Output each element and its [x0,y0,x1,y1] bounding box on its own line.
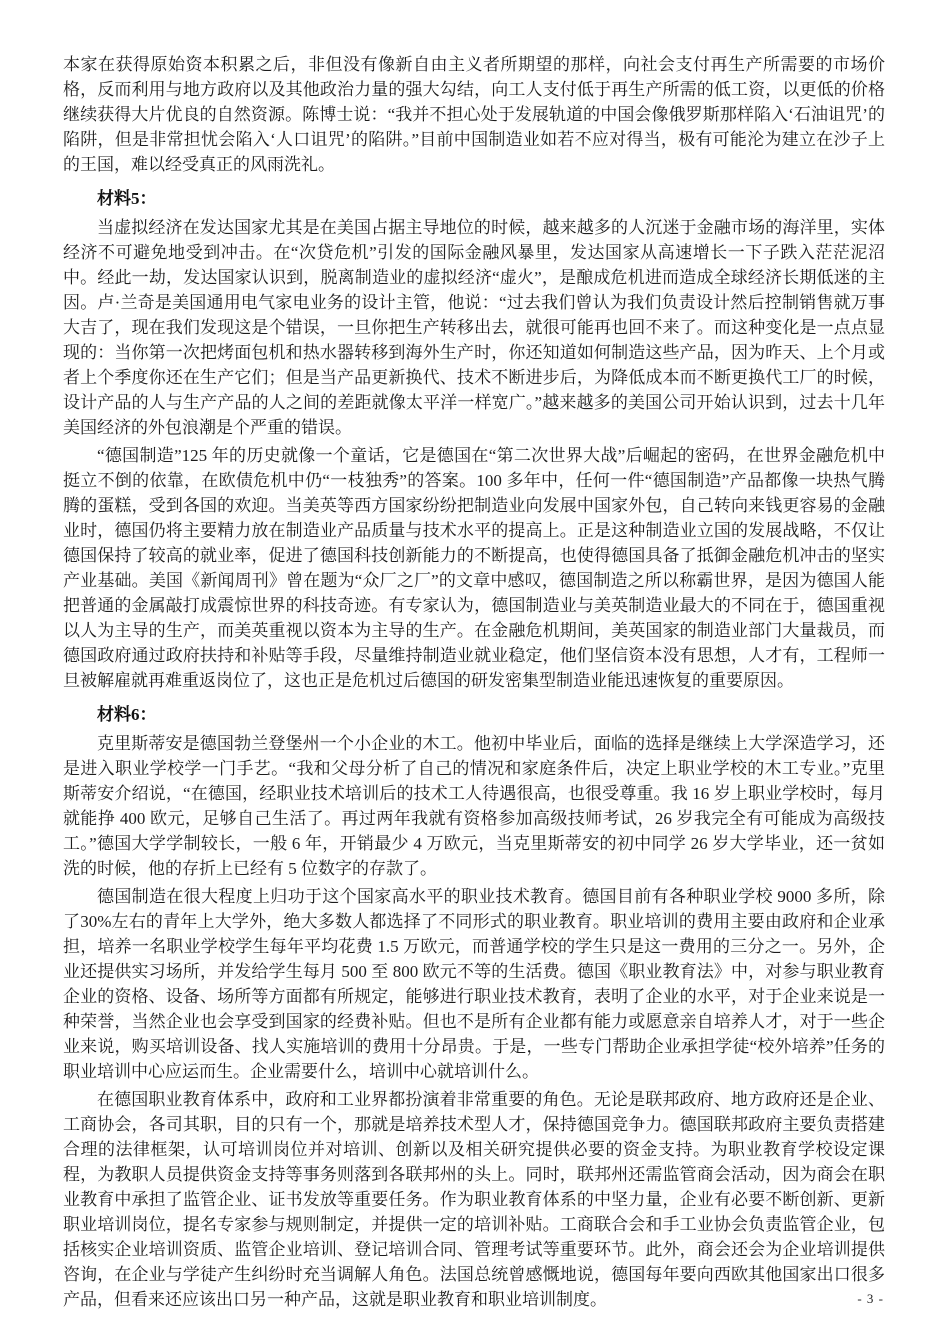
material-heading: 材料5： [63,186,885,211]
document-page: 本家在获得原始资本积累之后，非但没有像新自由主义者所期望的那样，向社会支付再生产… [0,0,950,1344]
paragraph: 德国制造在很大程度上归功于这个国家高水平的职业技术教育。德国目前有各种职业学校 … [63,884,885,1084]
paragraph: 当虚拟经济在发达国家尤其是在美国占据主导地位的时候，越来越多的人沉迷于金融市场的… [63,215,885,440]
paragraph: “德国制造”125 年的历史就像一个童话，它是德国在“第二次世界大战”后崛起的密… [63,443,885,693]
paragraph: 本家在获得原始资本积累之后，非但没有像新自由主义者所期望的那样，向社会支付再生产… [63,52,885,177]
paragraph: 在德国职业教育体系中，政府和工业界都扮演着非常重要的角色。无论是联邦政府、地方政… [63,1087,885,1312]
page-number: - 3 - [857,1292,884,1306]
material-heading: 材料6： [63,702,885,727]
document-body: 本家在获得原始资本积累之后，非但没有像新自由主义者所期望的那样，向社会支付再生产… [63,52,885,1315]
paragraph: 克里斯蒂安是德国勃兰登堡州一个小企业的木工。他初中毕业后，面临的选择是继续上大学… [63,731,885,881]
